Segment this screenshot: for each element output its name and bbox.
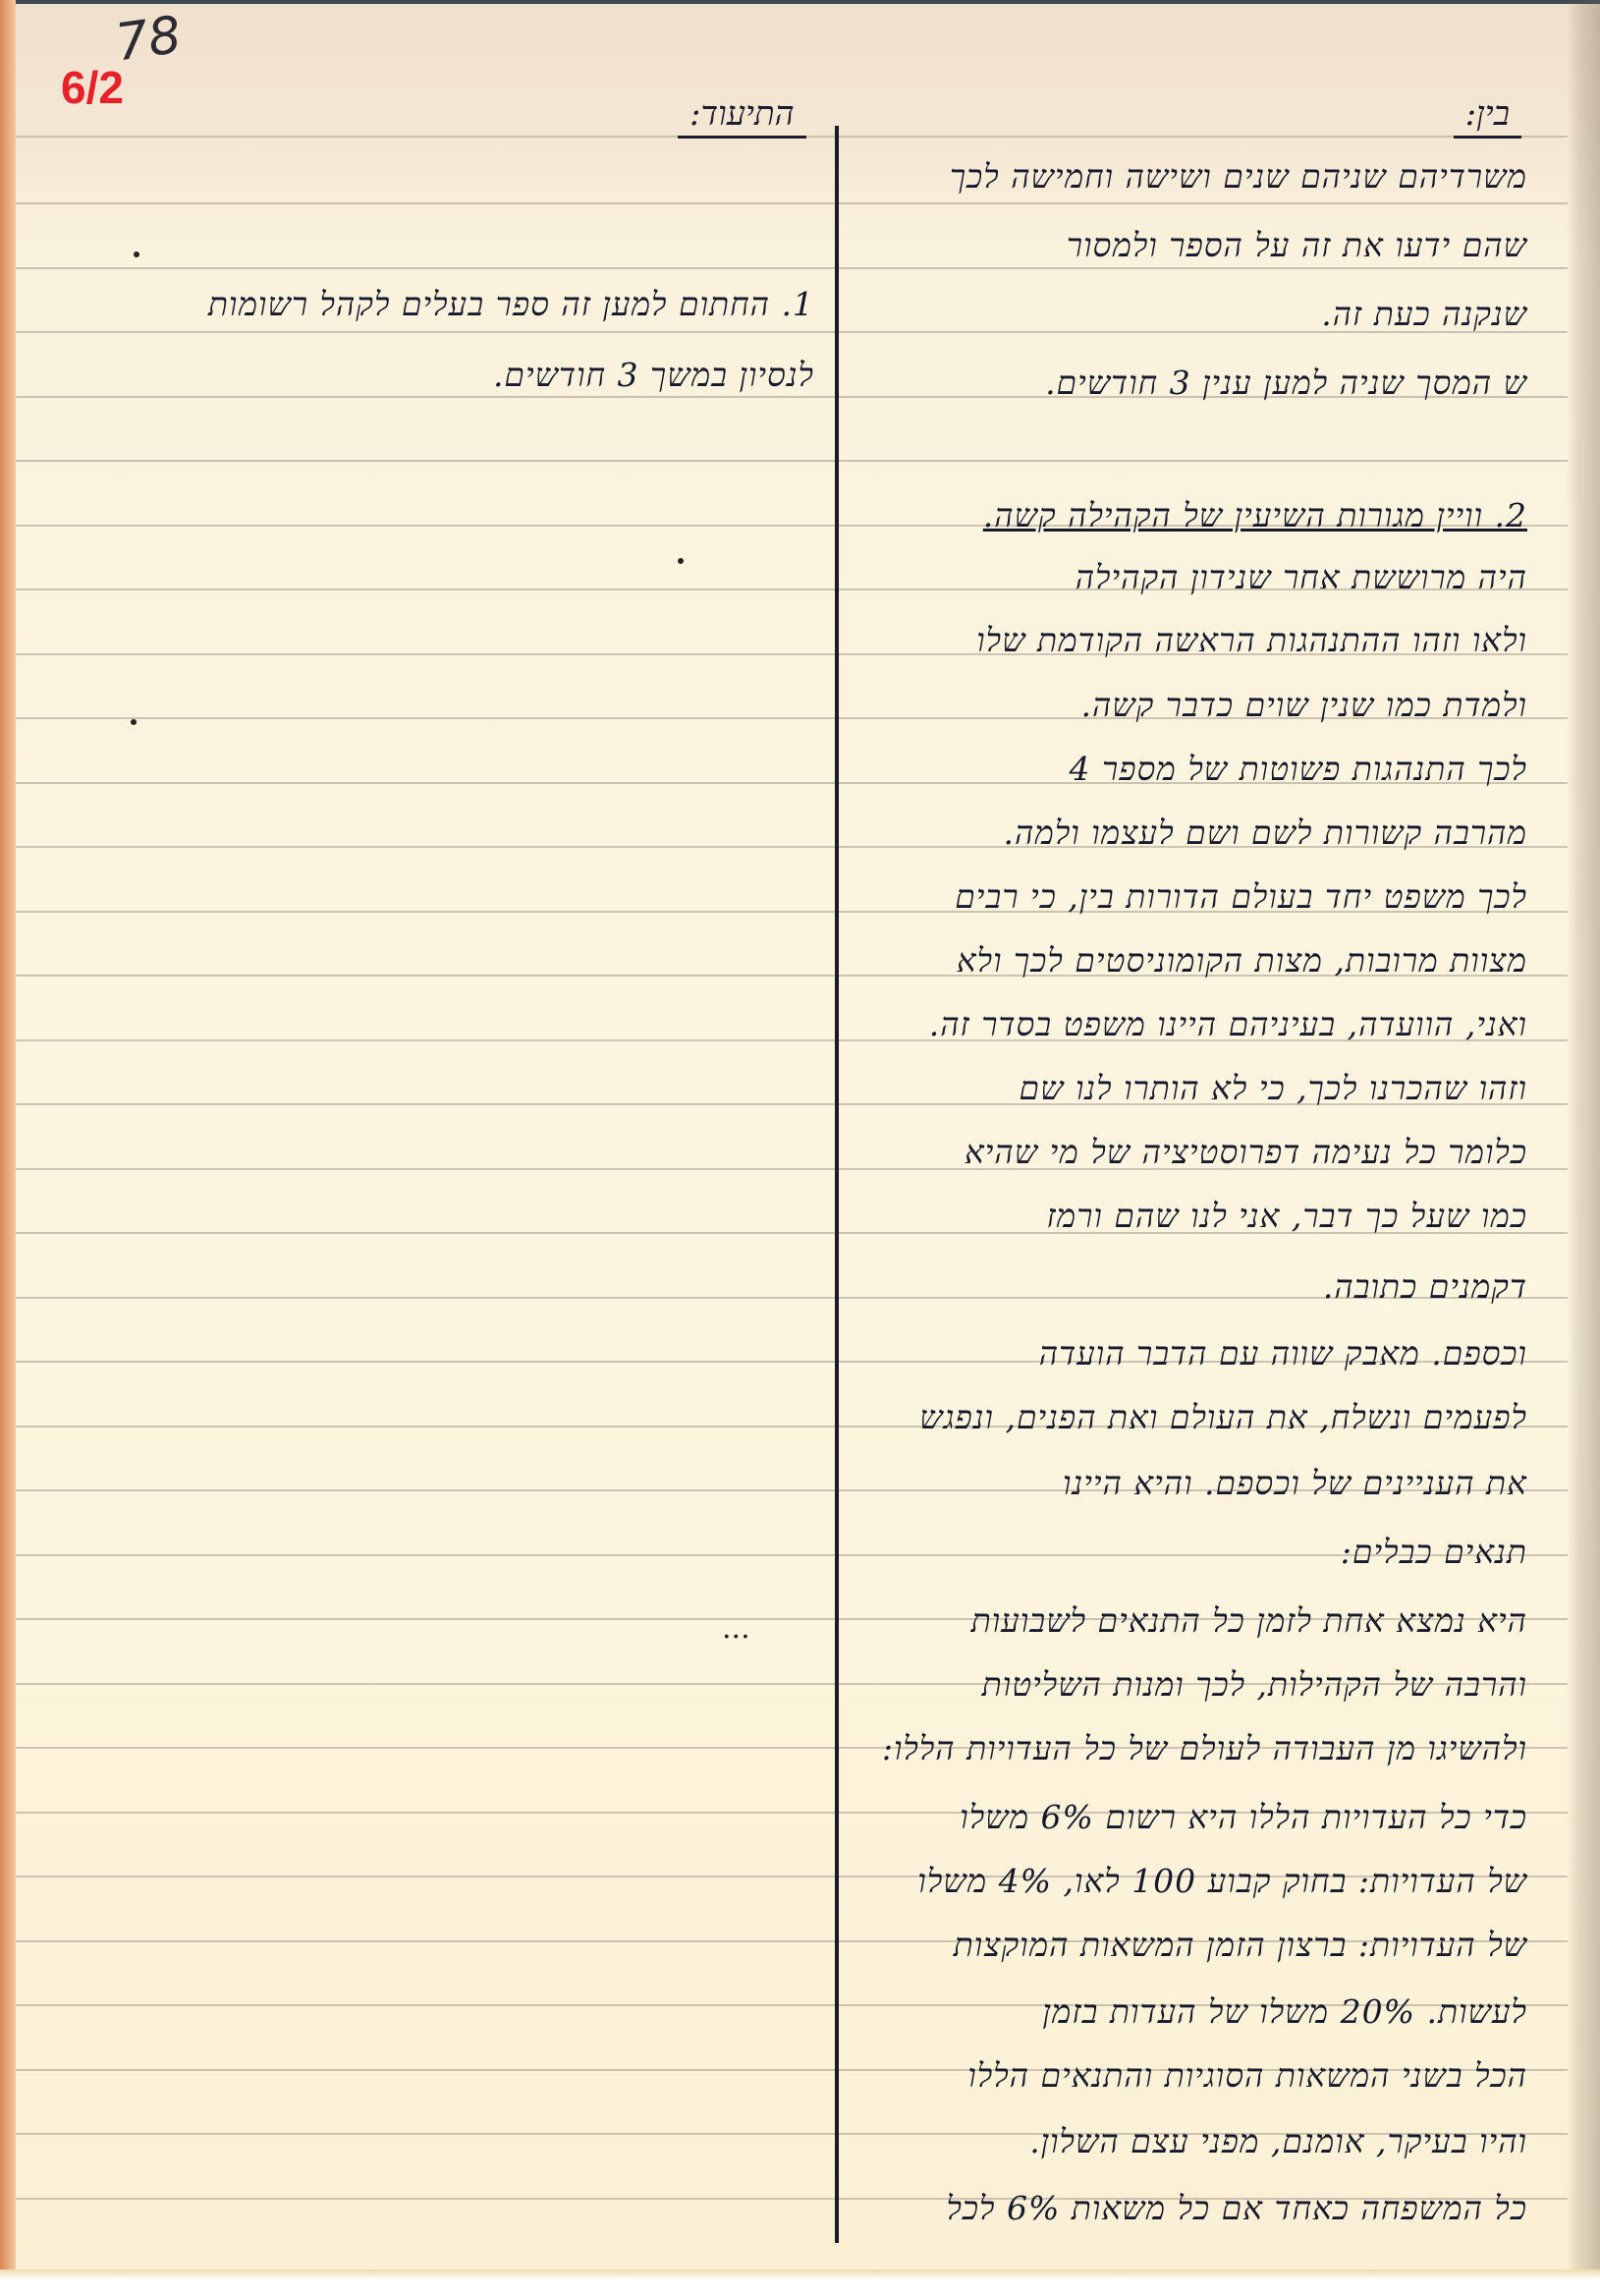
handwritten-line: ולהשיגו מן העבודה לעולם של כל העדויות הל… <box>882 1729 1527 1768</box>
section-2-heading: 2. וויין מגורות השיעין של הקהילה קשה. <box>983 496 1527 535</box>
handwritten-line: הכל בשני המשאות הסוגיות והתנאים הללו <box>967 2056 1527 2096</box>
handwritten-line: לכך התנהגות פשוטות של מספר 4 <box>1070 750 1527 789</box>
handwritten-line: ולאו וזהו ההתנהגות הראשה הקודמת שלו <box>976 621 1527 660</box>
handwritten-line: שהם ידעו את זה על הספר ולמסור <box>1067 226 1527 265</box>
ruled-line <box>16 267 1568 269</box>
handwritten-line: היה מרוששת אחר שנידון הקהילה <box>1076 558 1527 597</box>
handwritten-line: של העדויות: ברצון הזמן המשאות המוקצות <box>954 1926 1527 1965</box>
handwritten-line: כמו שעל כך דבר, אני לנו שהם ורמז <box>1046 1197 1527 1236</box>
column-divider <box>835 126 839 2243</box>
page-right-shadow <box>1567 0 1600 2296</box>
handwritten-line: מהרבה קשורות לשם ושם לעצמו ולמה. <box>1003 813 1527 853</box>
ruled-line <box>16 202 1568 204</box>
handwritten-line: וזהו שהכרנו לכך, כי לא הותרו לנו שם <box>1020 1069 1527 1108</box>
handwritten-line: ואני, הוועדה, בעיניהם היינו משפט בסדר זה… <box>929 1005 1527 1044</box>
handwritten-line: לפעמים ונשלח, את העולם ואת הפנים, ונפגש <box>919 1398 1527 1437</box>
ruled-line <box>16 460 1568 462</box>
archive-page-label: 6/2 <box>61 61 124 114</box>
ruled-line <box>16 1554 1568 1556</box>
handwritten-line: שנקנה כעת זה. <box>1321 295 1527 334</box>
handwritten-line: כדי כל העדויות הללו היא רשום 6% משלו <box>960 1798 1527 1837</box>
ink-dot <box>131 719 137 725</box>
handwritten-line: לעשות. 20% משלו של העדות בזמן <box>1042 1992 1527 2032</box>
ink-dot <box>678 558 684 564</box>
handwritten-line: כל המשפחה כאחד אם כל משאות 6% לכל <box>946 2189 1527 2228</box>
page-left-margin-edge <box>0 0 16 2296</box>
handwritten-line: והיו בעיקר, אומנם, מפני עצם השלון. <box>1029 2122 1527 2161</box>
handwritten-line: משרדיהם שניהם שנים ושישה וחמישה לכך <box>950 157 1527 196</box>
handwritten-line: היא נמצא אחת לזמן כל התנאים לשבועות <box>971 1601 1527 1641</box>
handwritten-line: לנסיון במשך 3 חודשים. <box>493 356 814 395</box>
right-column-header: בין: <box>1454 94 1521 139</box>
handwritten-line: לכך משפט יחד בעולם הדורות בין, כי רבים <box>955 877 1527 917</box>
handwritten-line: ש המסך שניה למען ענין 3 חודשים. <box>1045 364 1527 403</box>
handwritten-line: מצוות מרובות, מצות הקומוניסטים לכך ולא <box>957 941 1527 980</box>
ink-dot <box>134 252 139 257</box>
handwritten-line: ולמדת כמו שנין שוים כדבר קשה. <box>1080 686 1527 725</box>
handwritten-line: כלומר כל נעימה דפרוסטיציה של מי שהיא <box>965 1133 1527 1172</box>
handwritten-line: תנאים כבלים: <box>1341 1533 1527 1572</box>
stray-ink-mark: ... <box>722 1611 750 1646</box>
page-top-edge <box>0 0 1600 4</box>
handwritten-line: את העניינים של וכספם. והיא היינו <box>1063 1464 1527 1503</box>
handwritten-line: והרבה של הקהילות, לכך ומנות השליטות <box>982 1665 1527 1705</box>
handwritten-line: 1. החתום למען זה ספר בעלים לקהל רשומות <box>208 285 814 324</box>
notebook-page: 6/2 78 בין: התיעוד: משרדיהם שניהם שנים ו… <box>0 0 1600 2296</box>
left-column-header: התיעוד: <box>678 94 806 139</box>
handwritten-line: דקמנים כתובה. <box>1323 1267 1527 1307</box>
page-bottom-edge <box>0 2269 1600 2296</box>
handwritten-line: של העדויות: בחוק קבוע 100 לאו, 4% משלו <box>917 1862 1527 1901</box>
handwritten-line: וכספם. מאבק שווה עם הדבר הועדה <box>1039 1334 1527 1373</box>
folio-number: 78 <box>112 6 185 74</box>
